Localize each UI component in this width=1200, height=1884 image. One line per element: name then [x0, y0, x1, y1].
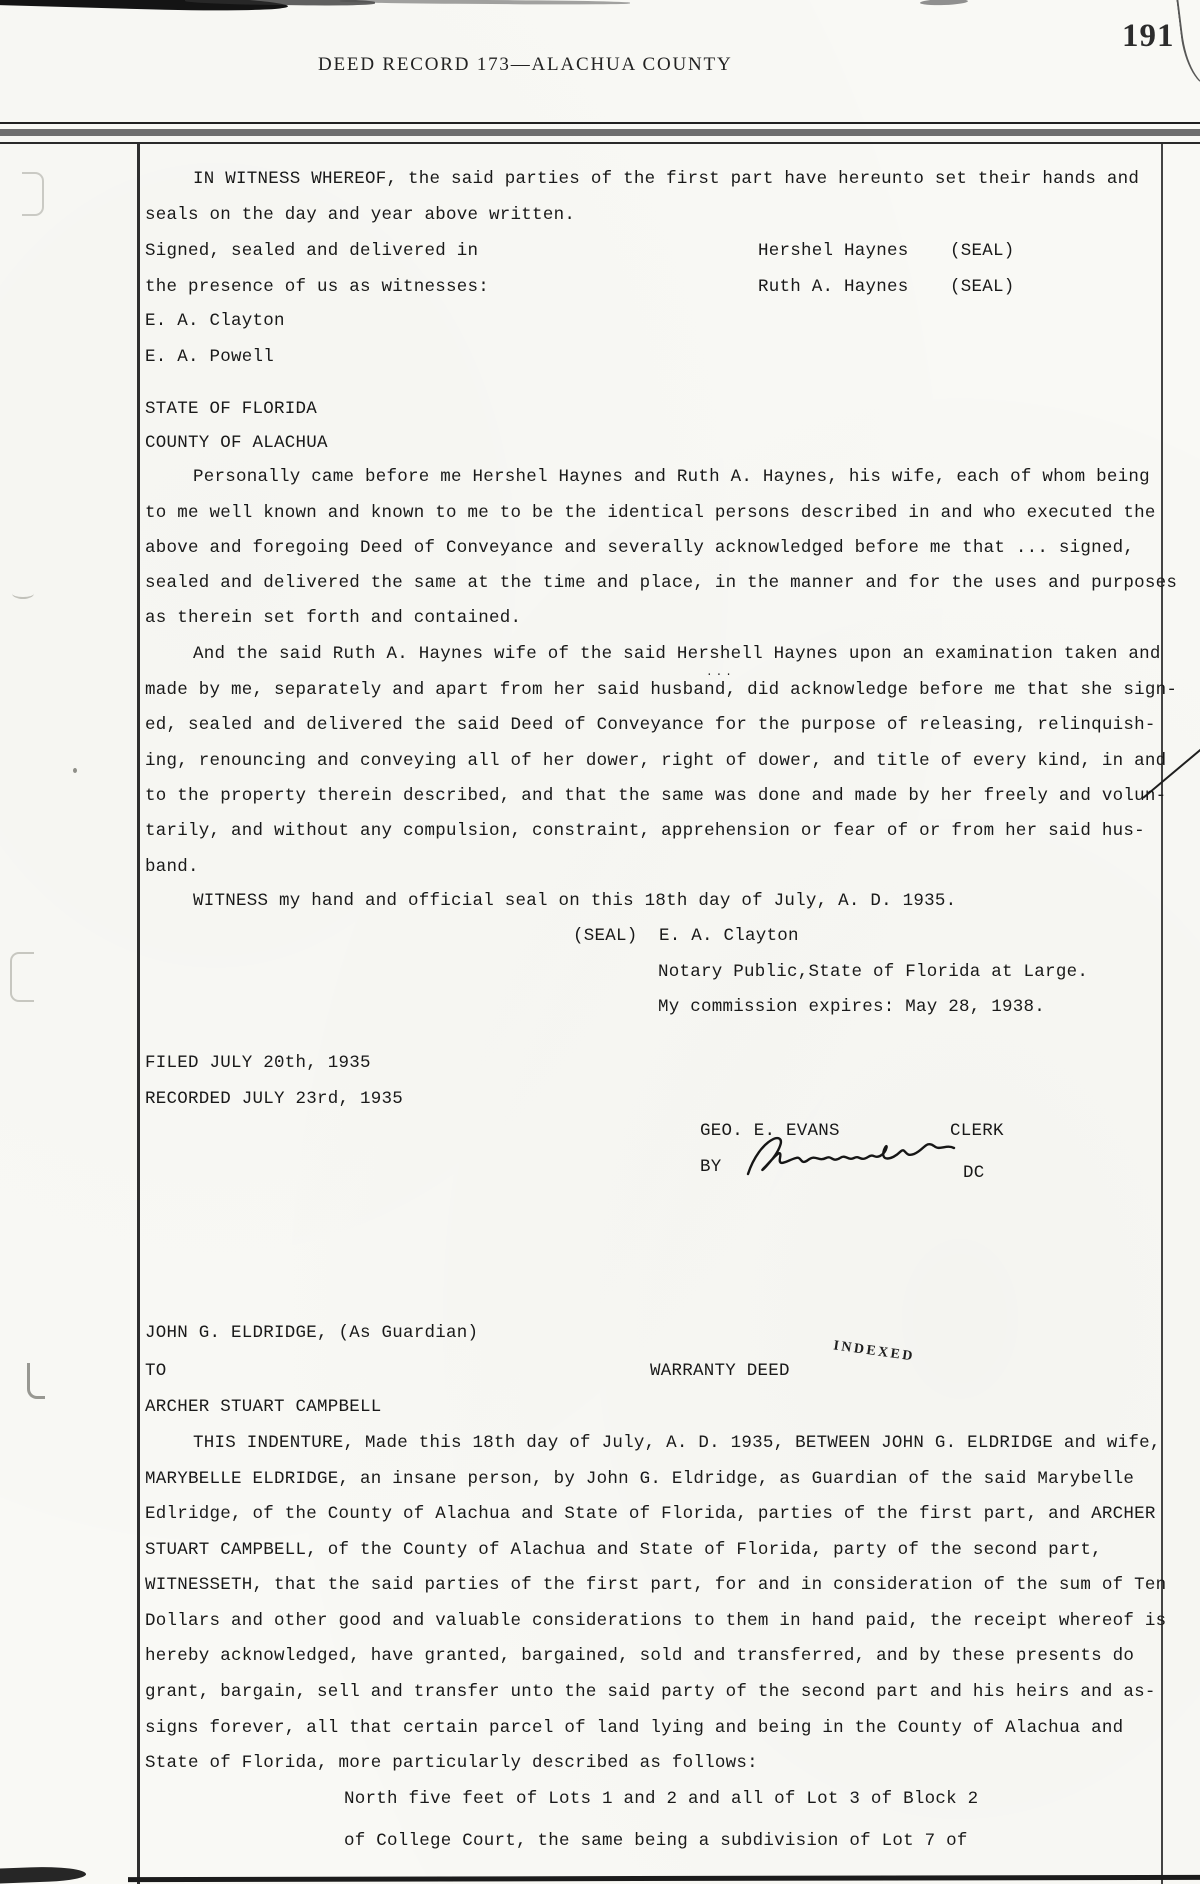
text-line: Ruth A. Haynes [758, 276, 909, 298]
top-rule-thin [0, 122, 1200, 124]
text-line: And the said Ruth A. Haynes wife of the … [193, 643, 1161, 665]
text-line: COUNTY OF ALACHUA [145, 432, 328, 454]
text-line: FILED JULY 20th, 1935 [145, 1052, 371, 1074]
text-line: Notary Public,State of Florida at Large. [658, 961, 1088, 983]
text-line: hereby acknowledged, have granted, barga… [145, 1645, 1134, 1667]
text-line: to me well known and known to me to be t… [145, 502, 1156, 524]
text-line: TO [145, 1360, 167, 1382]
text-line: Hershel Haynes [758, 240, 909, 262]
scan-smudge-top-right [920, 0, 968, 6]
text-line: ARCHER STUART CAMPBELL [145, 1396, 382, 1418]
text-line: WITNESS my hand and official seal on thi… [193, 890, 956, 912]
deputy-clerk-signature-icon [742, 1128, 967, 1188]
text-line: WITNESSETH, that the said parties of the… [145, 1574, 1166, 1596]
text-line: sealed and delivered the same at the tim… [145, 572, 1177, 594]
text-line: (SEAL) E. A. Clayton [573, 925, 799, 947]
pencil-mark [27, 1363, 45, 1399]
pencil-dot [73, 768, 77, 773]
indexed-stamp: INDEXED [832, 1338, 916, 1365]
deed-record-page: DEED RECORD 173—ALACHUA COUNTY 191 IN WI… [0, 0, 1200, 1884]
text-line: above and foregoing Deed of Conveyance a… [145, 537, 1134, 559]
text-line: E. A. Powell [145, 346, 274, 368]
scan-smudge-top-streak [340, 0, 630, 5]
text-line: the presence of us as witnesses: [145, 276, 489, 298]
text-line: made by me, separately and apart from he… [145, 679, 1177, 701]
text-line: grant, bargain, sell and transfer unto t… [145, 1681, 1156, 1703]
text-line: band. [145, 856, 199, 878]
top-rule-lower [0, 142, 1200, 144]
text-line: MARYBELLE ELDRIDGE, an insane person, by… [145, 1468, 1134, 1490]
text-line: as therein set forth and contained. [145, 607, 521, 629]
text-line: seals on the day and year above written. [145, 204, 575, 226]
pencil-mark [10, 952, 34, 1002]
text-line: (SEAL) [950, 240, 1015, 262]
pencil-mark [12, 588, 34, 599]
text-line: signs forever, all that certain parcel o… [145, 1717, 1123, 1739]
text-line: THIS INDENTURE, Made this 18th day of Ju… [193, 1432, 1161, 1454]
scan-smudge-bottom-left [0, 1865, 86, 1884]
text-line: STUART CAMPBELL, of the County of Alachu… [145, 1539, 1102, 1561]
text-line: IN WITNESS WHEREOF, the said parties of … [193, 168, 1139, 190]
text-line: North five feet of Lots 1 and 2 and all … [344, 1788, 978, 1810]
text-line: JOHN G. ELDRIDGE, (As Guardian) [145, 1322, 478, 1344]
text-line: STATE OF FLORIDA [145, 398, 317, 420]
pencil-mark [22, 172, 44, 216]
page-number: 191 [1122, 18, 1175, 55]
page-header-title: DEED RECORD 173—ALACHUA COUNTY [318, 54, 732, 76]
page-corner-curl [1175, 0, 1200, 89]
text-line: My commission expires: May 28, 1938. [658, 996, 1045, 1018]
text-line: (SEAL) [950, 276, 1015, 298]
text-line: BY [700, 1156, 722, 1178]
top-rule-thick [0, 129, 1200, 136]
text-line: Personally came before me Hershel Haynes… [193, 466, 1150, 488]
text-line: State of Florida, more particularly desc… [145, 1752, 758, 1774]
text-line: tarily, and without any compulsion, cons… [145, 820, 1145, 842]
text-line: Dollars and other good and valuable cons… [145, 1610, 1166, 1632]
text-line: Edlridge, of the County of Alachua and S… [145, 1503, 1156, 1525]
bottom-rule [128, 1875, 1200, 1882]
text-line: RECORDED JULY 23rd, 1935 [145, 1088, 403, 1110]
text-line: ing, renouncing and conveying all of her… [145, 750, 1166, 772]
text-line: to the property therein described, and t… [145, 785, 1166, 807]
left-margin-rule [137, 144, 140, 1884]
text-line: WARRANTY DEED [650, 1360, 790, 1382]
text-line: Signed, sealed and delivered in [145, 240, 478, 262]
text-line: ed, sealed and delivered the said Deed o… [145, 714, 1156, 736]
text-line: of College Court, the same being a subdi… [344, 1830, 968, 1852]
text-line: E. A. Clayton [145, 310, 285, 332]
